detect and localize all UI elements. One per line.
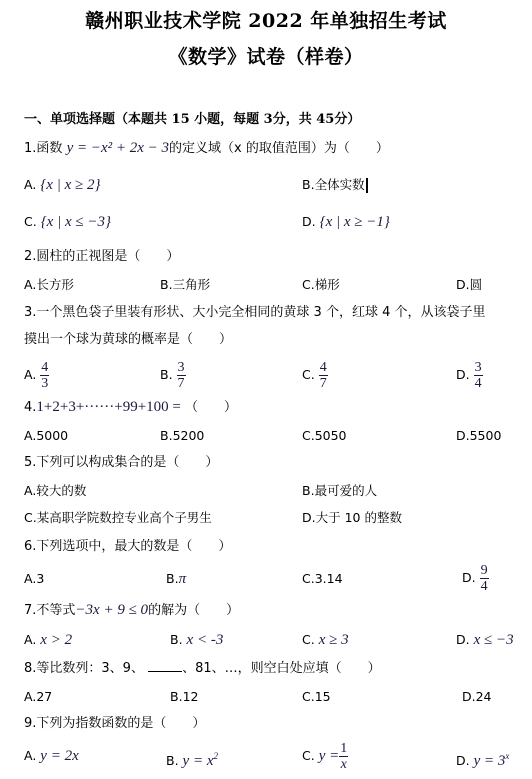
section-heading: 一、单项选择题（本题共 15 小题，每题 3分，共 45分） <box>24 108 360 127</box>
question-number: 6. <box>24 539 36 554</box>
option-text: 5200 <box>173 428 205 443</box>
question-3-stem-line2: 摸出一个球为黄球的概率是（ ） <box>24 331 232 349</box>
question-2-stem: 2.圆柱的正视图是（ ） <box>24 248 179 266</box>
formula-exponent: x <box>505 751 509 761</box>
option-text: 三角形 <box>173 277 211 292</box>
fraction: 1x <box>339 741 348 772</box>
stem-text: （ ） <box>185 400 237 415</box>
question-7-stem: 7.不等式−3x + 9 ≤ 0的解为（ ） <box>24 601 239 620</box>
question-6-stem: 6.下列选项中，最大的数是（ ） <box>24 538 231 556</box>
option-label: A. <box>24 632 36 647</box>
option-text: 27 <box>36 689 52 704</box>
question-9-option-c[interactable]: C. y =1x <box>302 741 348 772</box>
option-label: A. <box>24 367 36 382</box>
option-label: D. <box>456 367 470 382</box>
option-label: A. <box>24 689 36 704</box>
question-1-option-b[interactable]: B.全体实数 <box>302 176 368 194</box>
fraction: 94 <box>480 563 489 594</box>
stem-text: 的解为（ ） <box>148 603 239 618</box>
question-number: 9. <box>24 716 36 731</box>
question-5-option-b[interactable]: B.最可爱的人 <box>302 482 377 500</box>
option-text: 5000 <box>36 428 68 443</box>
question-8-option-b[interactable]: B.12 <box>170 688 198 706</box>
option-text: 5050 <box>315 428 347 443</box>
question-1-option-d[interactable]: D. {x | x ≥ −1} <box>302 213 390 231</box>
option-text: 大于 10 的整数 <box>316 510 402 525</box>
question-2-option-b[interactable]: B.三角形 <box>160 276 210 294</box>
option-formula: x ≤ −3 <box>474 632 514 648</box>
fraction: 43 <box>40 360 49 391</box>
question-4-option-c[interactable]: C.5050 <box>302 427 347 445</box>
numerator: 4 <box>319 360 328 376</box>
stem-text: 下列为指数函数的是（ ） <box>36 716 205 731</box>
option-text: 全体实数 <box>315 177 365 192</box>
option-label: A. <box>24 571 36 586</box>
question-4-option-d[interactable]: D.5500 <box>456 427 501 445</box>
option-formula: {x | x ≤ −3} <box>41 214 111 230</box>
question-number: 5. <box>24 455 36 470</box>
question-8-stem: 8.等比数列：3、9、 、81、…，则空白处应填（ ） <box>24 659 381 678</box>
question-number: 2. <box>24 249 36 264</box>
option-label: B. <box>302 177 315 192</box>
question-8-option-a[interactable]: A.27 <box>24 688 52 706</box>
option-label: C. <box>24 214 37 229</box>
option-label: B. <box>302 483 315 498</box>
question-5-stem: 5.下列可以构成集合的是（ ） <box>24 454 218 472</box>
stem-formula: 1+2+3+······+99+100 = <box>36 399 180 415</box>
question-9-option-a[interactable]: A. y = 2x <box>24 747 79 765</box>
option-text: 最可爱的人 <box>315 483 378 498</box>
option-label: B. <box>170 689 183 704</box>
option-label: D. <box>462 570 476 585</box>
question-9-stem: 9.下列为指数函数的是（ ） <box>24 715 205 733</box>
question-8-option-d[interactable]: D.24 <box>462 688 492 706</box>
option-label: B. <box>160 428 173 443</box>
option-text: 5500 <box>470 428 502 443</box>
option-label: C. <box>302 748 315 763</box>
question-4-option-a[interactable]: A.5000 <box>24 427 68 445</box>
option-label: D. <box>302 214 316 229</box>
option-label: C. <box>302 571 315 586</box>
option-label: B. <box>160 367 173 382</box>
stem-text: 的定义域（x 的取值范围）为（ ） <box>169 141 389 156</box>
question-1-option-a[interactable]: A. {x | x ≥ 2} <box>24 176 100 194</box>
stem-text: 、81、…，则空白处应填（ ） <box>182 661 381 676</box>
option-formula: y = 2x <box>40 748 78 764</box>
option-text: 某高职学院数控专业高个子男生 <box>37 510 212 525</box>
question-number: 8. <box>24 661 36 676</box>
option-label: D. <box>462 689 476 704</box>
option-label: C. <box>302 367 315 382</box>
fraction: 37 <box>177 360 186 391</box>
option-label: D. <box>456 277 470 292</box>
option-formula: x < -3 <box>187 632 224 648</box>
question-3-option-b[interactable]: B. 37 <box>160 360 186 391</box>
option-text: 圆 <box>470 277 483 292</box>
denominator: x <box>341 757 347 772</box>
question-3-option-c[interactable]: C. 47 <box>302 360 328 391</box>
denominator: 3 <box>41 376 48 391</box>
option-text: 12 <box>183 689 199 704</box>
question-5-option-a[interactable]: A.较大的数 <box>24 482 86 500</box>
question-5-option-d[interactable]: D.大于 10 的整数 <box>302 509 402 527</box>
formula-exponent: 2 <box>213 751 218 761</box>
question-3-option-d[interactable]: D. 34 <box>456 360 483 391</box>
option-label: D. <box>456 632 470 647</box>
stem-text: 圆柱的正视图是（ ） <box>36 249 179 264</box>
option-text: 较大的数 <box>36 483 86 498</box>
option-text: 24 <box>476 689 492 704</box>
option-formula: {x | x ≥ −1} <box>320 214 390 230</box>
option-text: 长方形 <box>36 277 74 292</box>
stem-text: 一个黑色袋子里装有形状、大小完全相同的黄球 3 个，红球 4 个，从该袋子里 <box>36 305 485 320</box>
stem-text: 下列可以构成集合的是（ ） <box>36 455 218 470</box>
question-6-option-c[interactable]: C.3.14 <box>302 570 343 588</box>
option-label: B. <box>166 753 179 768</box>
option-text: 15 <box>315 689 331 704</box>
option-formula: y = x2 <box>183 753 218 769</box>
option-label: D. <box>456 753 470 768</box>
option-label: C. <box>302 277 315 292</box>
question-9-option-d[interactable]: D. y = 3x <box>456 747 509 770</box>
question-2-option-c[interactable]: C.梯形 <box>302 276 340 294</box>
question-4-stem: 4.1+2+3+······+99+100 = （ ） <box>24 398 237 417</box>
denominator: 7 <box>178 376 185 391</box>
option-label: D. <box>302 510 316 525</box>
stem-text: 不等式 <box>36 603 75 618</box>
question-1-option-c[interactable]: C. {x | x ≤ −3} <box>24 213 111 231</box>
question-7-option-c[interactable]: C. x ≥ 3 <box>302 631 349 649</box>
option-formula: {x | x ≥ 2} <box>40 177 100 193</box>
question-7-option-d[interactable]: D. x ≤ −3 <box>456 631 514 649</box>
option-label: B. <box>170 632 183 647</box>
numerator: 1 <box>339 741 348 757</box>
question-number: 3. <box>24 305 36 320</box>
exam-title: 赣州职业技术学院 2022 年单独招生考试 <box>0 6 532 33</box>
question-2-option-a[interactable]: A.长方形 <box>24 276 74 294</box>
option-label: A. <box>24 483 36 498</box>
pi-symbol: π <box>179 571 187 587</box>
option-label: B. <box>160 277 173 292</box>
option-formula: x > 2 <box>40 632 72 648</box>
option-label: C. <box>302 632 315 647</box>
option-label: A. <box>24 428 36 443</box>
stem-text: 函数 <box>36 141 62 156</box>
option-formula: y = 3x <box>474 753 510 769</box>
numerator: 9 <box>480 563 489 579</box>
option-formula: x ≥ 3 <box>319 632 349 648</box>
question-5-option-c[interactable]: C.某高职学院数控专业高个子男生 <box>24 509 212 527</box>
option-text: 3.14 <box>315 571 343 586</box>
option-text: 梯形 <box>315 277 340 292</box>
option-text: 3 <box>36 571 44 586</box>
question-9-option-b[interactable]: B. y = x2 <box>166 747 218 770</box>
fill-blank <box>148 659 182 672</box>
fraction: 47 <box>319 360 328 391</box>
question-6-option-d[interactable]: D. 94 <box>462 563 489 594</box>
option-label: A. <box>24 177 36 192</box>
stem-formula: y = −x² + 2x − 3 <box>67 140 169 156</box>
question-1-stem: 1.函数 y = −x² + 2x − 3的定义域（x 的取值范围）为（ ） <box>24 139 389 158</box>
stem-text: 等比数列：3、9、 <box>36 661 144 676</box>
denominator: 4 <box>475 376 482 391</box>
question-4-option-b[interactable]: B.5200 <box>160 427 204 445</box>
question-number: 7. <box>24 603 36 618</box>
numerator: 4 <box>40 360 49 376</box>
question-2-option-d[interactable]: D.圆 <box>456 276 482 294</box>
formula-base: y = 3 <box>474 753 506 769</box>
denominator: 4 <box>481 579 488 594</box>
question-8-option-c[interactable]: C.15 <box>302 688 331 706</box>
question-6-option-b[interactable]: B.π <box>166 570 186 588</box>
question-7-option-b[interactable]: B. x < -3 <box>170 631 223 649</box>
fraction: 34 <box>474 360 483 391</box>
question-3-stem-line1: 3.一个黑色袋子里装有形状、大小完全相同的黄球 3 个，红球 4 个，从该袋子里 <box>24 304 485 322</box>
question-number: 1. <box>24 141 36 156</box>
numerator: 3 <box>177 360 186 376</box>
option-label: C. <box>302 428 315 443</box>
stem-formula: −3x + 9 ≤ 0 <box>75 602 148 618</box>
option-label: A. <box>24 748 36 763</box>
text-cursor <box>366 178 368 193</box>
option-label: C. <box>302 689 315 704</box>
option-formula: y = <box>319 748 340 764</box>
stem-text: 下列选项中，最大的数是（ ） <box>36 539 231 554</box>
option-label: D. <box>456 428 470 443</box>
question-7-option-a[interactable]: A. x > 2 <box>24 631 72 649</box>
option-label: A. <box>24 277 36 292</box>
option-label: C. <box>24 510 37 525</box>
denominator: 7 <box>320 376 327 391</box>
formula-base: y = x <box>183 753 214 769</box>
exam-subtitle: 《数学》试卷（样卷） <box>0 42 532 69</box>
question-3-option-a[interactable]: A. 43 <box>24 360 49 391</box>
question-6-option-a[interactable]: A.3 <box>24 570 44 588</box>
option-label: B. <box>166 571 179 586</box>
question-number: 4. <box>24 400 36 415</box>
numerator: 3 <box>474 360 483 376</box>
